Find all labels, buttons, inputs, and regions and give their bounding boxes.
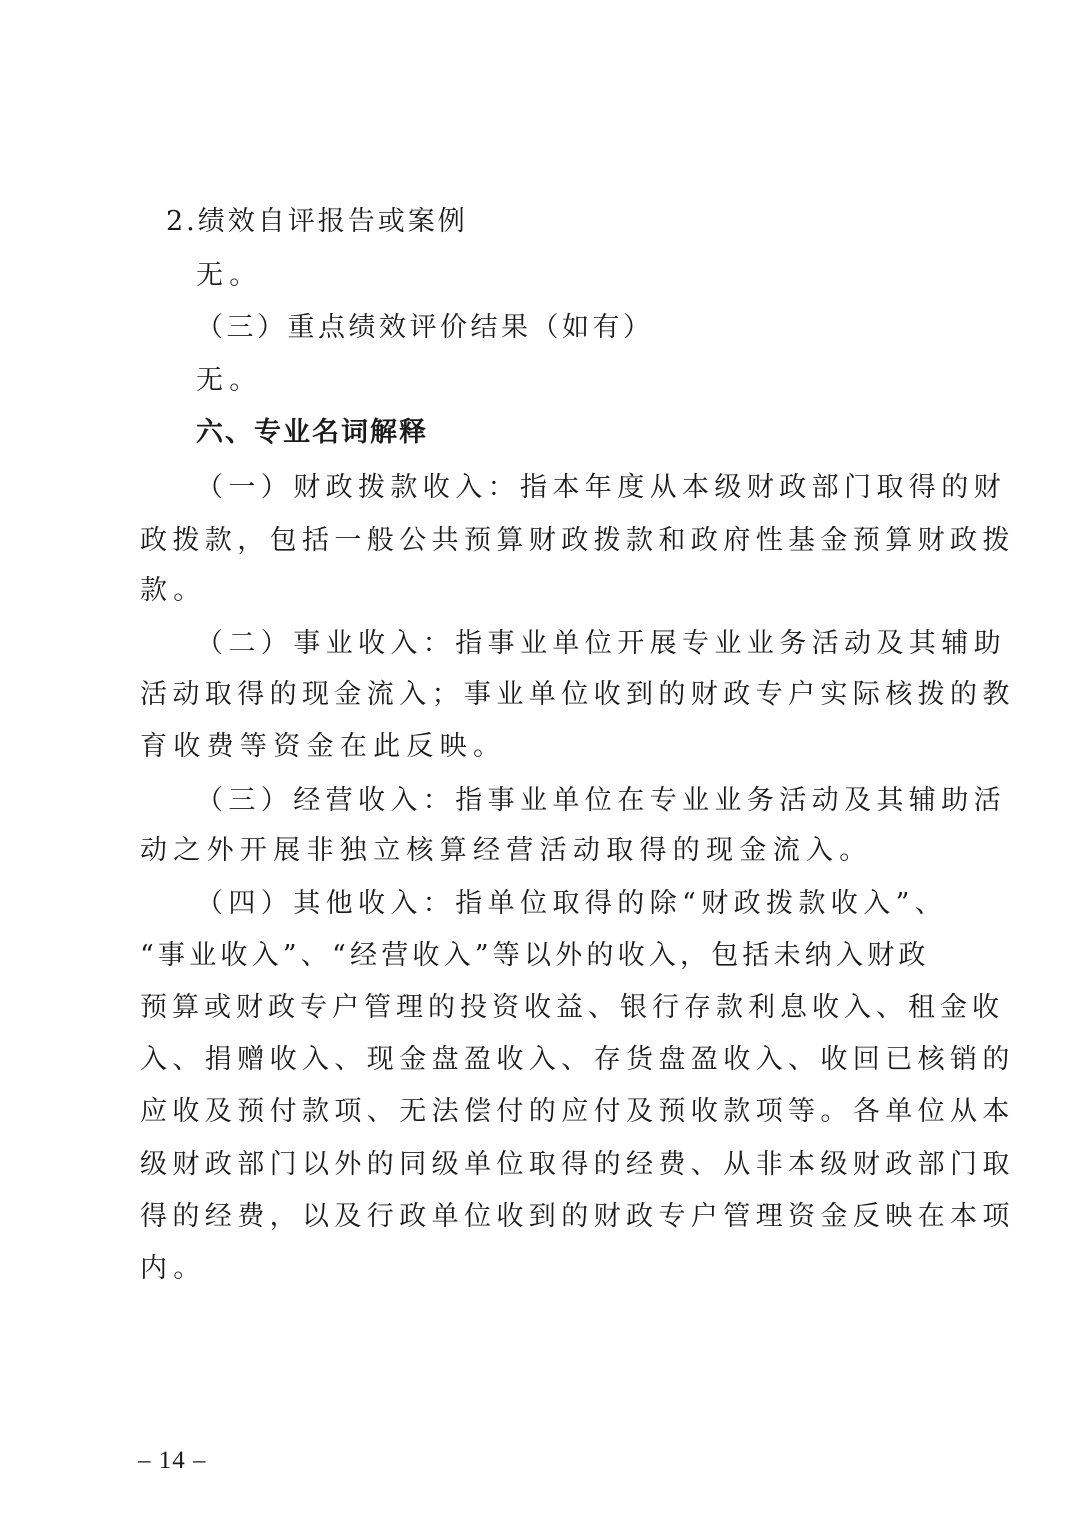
paragraph-operating-income-line2: 动之外开展非独立核算经营活动取得的现金流入。: [140, 836, 940, 866]
paragraph-fiscal-allocation-line3: 款。: [140, 576, 940, 606]
paragraph-business-income-line1: （二）事业收入：指事业单位开展专业业务活动及其辅助: [196, 629, 996, 659]
paragraph-business-income-line3: 育收费等资金在此反映。: [140, 732, 940, 762]
paragraph-other-income-line8: 内。: [140, 1254, 940, 1284]
paragraph-none-1: 无。: [196, 261, 996, 291]
paragraph-other-income-line2: “事业收入”、“经营收入”等以外的收入，包括未纳入财政: [140, 941, 940, 971]
subsection-heading-key-evaluation: （三）重点绩效评价结果（如有）: [196, 313, 996, 343]
paragraph-fiscal-allocation-line1: （一）财政拨款收入：指本年度从本级财政部门取得的财: [196, 473, 996, 503]
paragraph-other-income-line3: 预算或财政专户管理的投资收益、银行存款利息收入、租金收: [140, 993, 940, 1023]
document-page: 2.绩效自评报告或案例 无。 （三）重点绩效评价结果（如有） 无。 六、专业名词…: [0, 0, 1075, 1520]
paragraph-other-income-line4: 入、捐赠收入、现金盘盈收入、存货盘盈收入、收回已核销的: [140, 1045, 940, 1075]
paragraph-business-income-line2: 活动取得的现金流入；事业单位收到的财政专户实际核拨的教: [140, 680, 940, 710]
section-heading-terminology: 六、专业名词解释: [196, 418, 996, 448]
paragraph-other-income-line7: 得的经费，以及行政单位收到的财政专户管理资金反映在本项: [140, 1202, 940, 1232]
paragraph-operating-income-line1: （三）经营收入：指事业单位在专业业务活动及其辅助活: [196, 786, 996, 816]
paragraph-other-income-line5: 应收及预付款项、无法偿付的应付及预收款项等。各单位从本: [140, 1097, 940, 1127]
subsection-heading-self-evaluation: 2.绩效自评报告或案例: [166, 207, 966, 237]
paragraph-fiscal-allocation-line2: 政拨款，包括一般公共预算财政拨款和政府性基金预算财政拨: [140, 526, 940, 556]
paragraph-none-2: 无。: [196, 366, 996, 396]
paragraph-other-income-line6: 级财政部门以外的同级单位取得的经费、从非本级财政部门取: [140, 1150, 940, 1180]
page-number: – 14 –: [138, 1447, 207, 1475]
paragraph-other-income-line1: （四）其他收入：指单位取得的除“财政拨款收入”、: [196, 889, 996, 919]
